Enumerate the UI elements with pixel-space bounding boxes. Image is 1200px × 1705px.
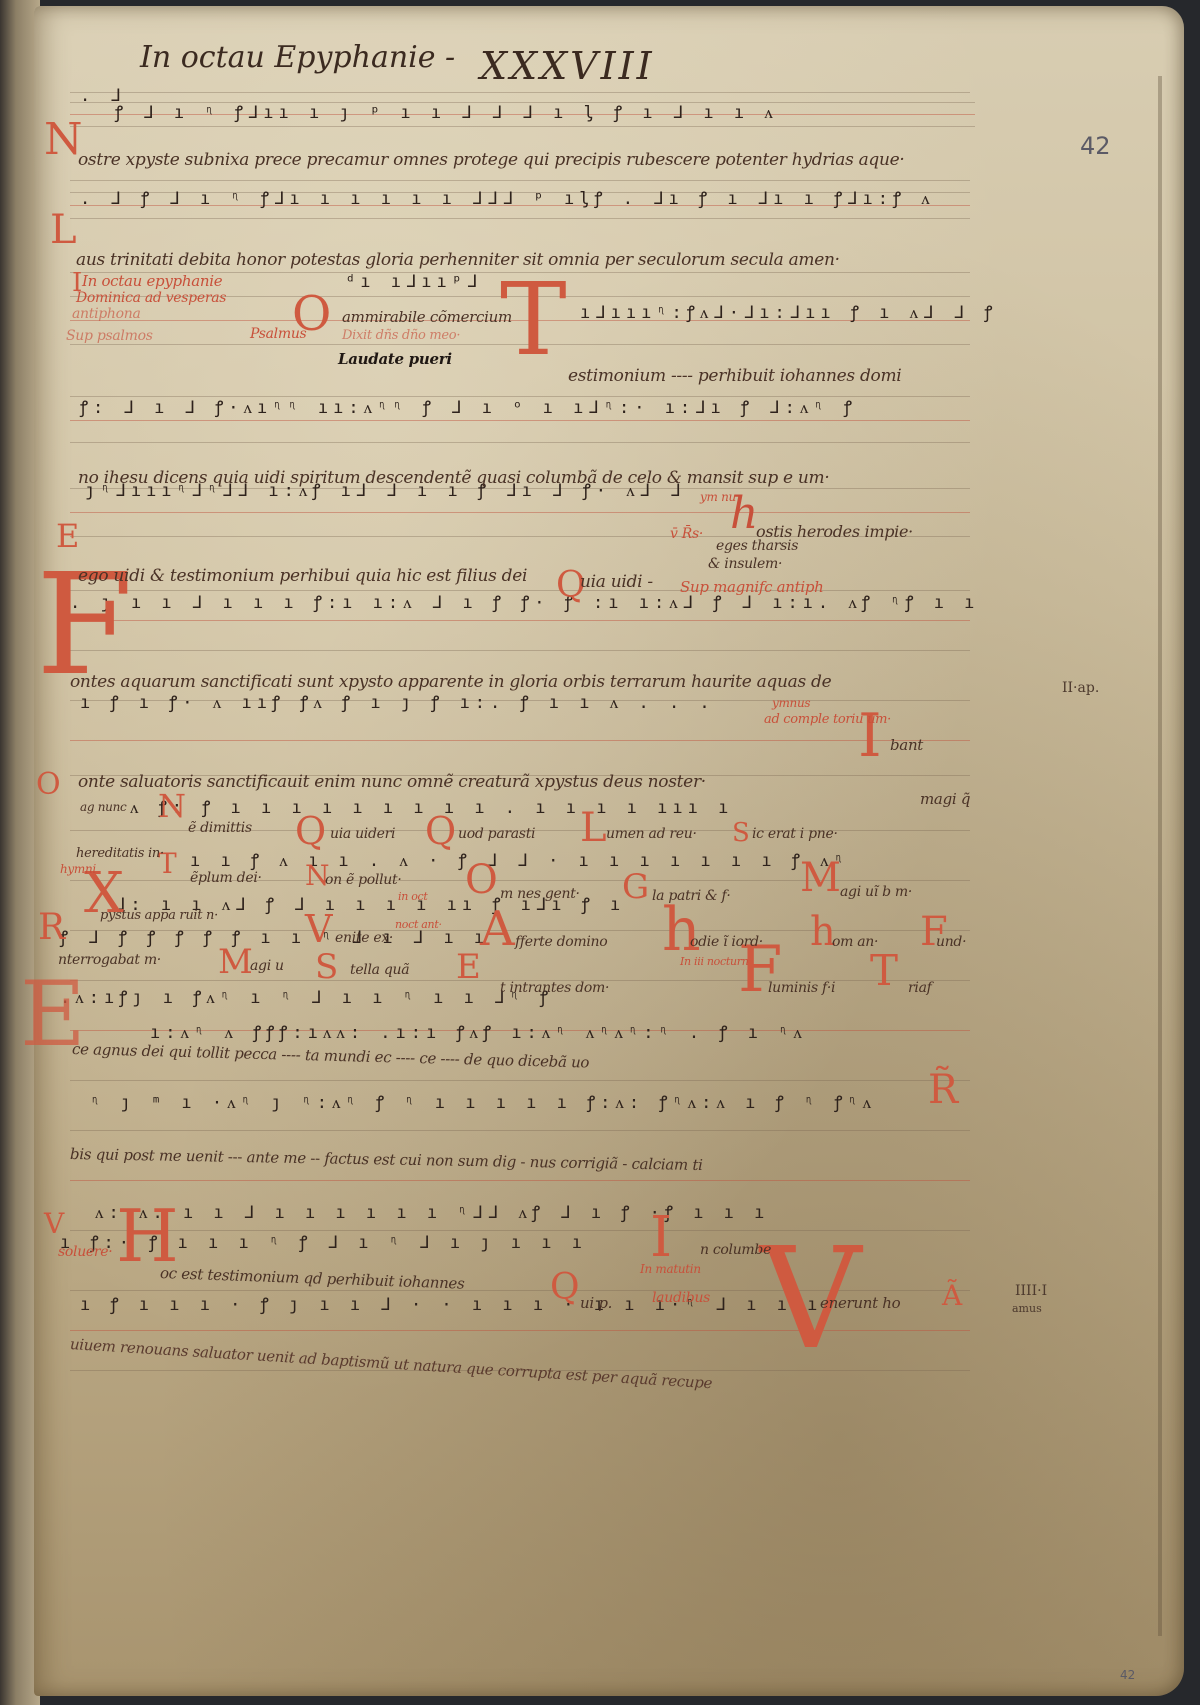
rubric: Psalmus — [250, 326, 306, 342]
chant-text-line: ẽ dimittis — [188, 820, 252, 836]
chant-text-line: & insulem· — [708, 556, 782, 572]
chant-text-line: n columbe — [700, 1242, 771, 1258]
chant-text-line: enite ex· — [335, 930, 393, 946]
neume-row: ꝭ ᒧ ı ᶯ ꝭᒧıı ı ȷ ᵖ ı ı ᒧ ᒧ ᒧ ı ᶅ ꝭ ı ᒧ ı… — [115, 100, 778, 123]
rubric: In octau epyphanie — [82, 272, 222, 290]
chant-text-line: hereditatis in· — [76, 846, 164, 861]
neume-row: ᶯ ȷ ᵐ ı ·ᴧᶯ ȷ ᶯ:ᴧᶯ ꝭ ᶯ ı ı ı ı ı ꝭ:ᴧ: ꝭᶯ… — [90, 1090, 876, 1113]
chant-text-line: on ẽ pollut· — [325, 872, 401, 888]
neume-row: . ȷ ı ı ᒧ ı ı ı ꝭ:ı ı:ᴧ ᒧ ı ꝭ ꝭ· ꝭ :ı ı:… — [70, 590, 979, 613]
rubric: Dominica ad vesperas — [76, 290, 226, 306]
chant-text-line: ammirabile cõmercium — [342, 308, 512, 326]
initial-I-columbe: I — [650, 1210, 672, 1266]
chant-text-line: ic erat i pne· — [752, 826, 838, 842]
rubric: hymni — [60, 862, 96, 876]
chant-text-line: tella quã — [350, 962, 409, 978]
initial-Q3: Q — [425, 812, 456, 850]
rubric: In matutin — [640, 1262, 701, 1276]
neume-row: ꝭ: ᒧ ı ᒧ ꝭ·ᴧıᶯᶯ ıı:ᴧᶯᶯ ꝭ ᒧ ı ᵒ ı ıᒧᶯ:· ı… — [80, 395, 857, 418]
rubric: In iii nocturn — [680, 955, 749, 968]
chant-text-line: umen ad reu· — [606, 826, 697, 842]
chant-text-line: ostre xpyste subnixa prece precamur omne… — [78, 150, 905, 170]
neume-row: ı ı ꝭ ᴧ ı ı . ᴧ · ꝭ ᒧ ᒧ · ı ı ı ı ı ı ı … — [190, 848, 849, 871]
margin-note: amus — [1012, 1302, 1042, 1315]
neume-row: ı:ᴧᶯ ᴧ ꝭꝭꝭ:ıᴧᴧ: .ı:ı ꝭᴧꝭ ı:ᴧᶯ ᴧᶯᴧᶯ:ᶯ . ꝭ… — [150, 1020, 807, 1043]
chant-text-line: aus trinitati debita honor potestas glor… — [76, 250, 840, 270]
neume-row: . ᒧ ꝭ ᒧ ı ᶯ ꝭᒧı ı ı ı ı ı ᒧᒧᒧ ᵖ ıᶅꝭ . ᒧı… — [80, 186, 935, 209]
initial-R-responsory: R̃ — [928, 1070, 958, 1110]
neume-row: ᵈı ıᒧııᵖᒧ — [345, 272, 482, 292]
initial-L2: L — [580, 808, 607, 848]
initial-Q4: Q — [550, 1270, 580, 1306]
rubric: noct ant· — [395, 918, 442, 931]
rubric-added: Laudate pueri — [338, 350, 452, 368]
neume-row: ıᒧıııᶯ:ꝭᴧᒧ·ᒧı:ᒧıı ꝭ ı ᴧᒧ ᒧ ꝭ — [580, 300, 997, 323]
neume-row: .ᴧ:ıꝭȷ ı ꝭᴧᶯ ı ᶯ ᒧ ı ı ᶯ ı ı ᒧᶯ ꝭ — [60, 985, 553, 1008]
chant-text-line: la patri & f· — [652, 888, 730, 904]
chant-text-line: nterrogabat m· — [58, 952, 161, 968]
chant-text-line: m nes gent· — [500, 886, 580, 902]
initial-G: G — [622, 870, 649, 904]
chant-text-line: ẽplum dei· — [190, 870, 262, 886]
folio-number-bottom: 42 — [1120, 1668, 1135, 1682]
chant-text-line: luminis f·i — [768, 980, 835, 996]
initial-V: V — [305, 910, 332, 948]
initial-S2: S — [315, 950, 338, 984]
initial-O-small: O — [36, 770, 61, 800]
chant-text-line: odie ĩ iord· — [690, 934, 763, 950]
rubric: Sup psalmos — [66, 328, 153, 344]
chant-text-line: ui p. — [580, 1294, 612, 1312]
initial-O3: O — [465, 860, 498, 900]
chant-text-line: estimonium ---- perhibuit iohannes domi — [568, 366, 901, 386]
page-fore-edge — [1158, 76, 1162, 1636]
initial-R: R — [38, 910, 65, 946]
chant-text-line: bant — [890, 736, 923, 754]
rubric: Dixit dñs dño meo· — [342, 328, 460, 343]
rubric: v̄ R̄s· — [670, 526, 703, 542]
initial-S: S — [732, 820, 750, 846]
chant-text-line: soluere· — [58, 1244, 112, 1260]
initial-H: H — [116, 1200, 179, 1272]
chant-text-line: agi u — [250, 958, 284, 974]
chant-text-line: onte saluatoris sanctificauit enim nunc … — [78, 772, 706, 792]
initial-A: A — [480, 905, 515, 953]
chant-text-line: und· — [936, 934, 966, 950]
chant-text-line: no ihesu dicens quia uidi spiritum desce… — [78, 468, 829, 488]
margin-note: IIII·I — [1015, 1283, 1047, 1299]
folio-numeral: XXXVIII — [480, 44, 655, 88]
rubric: Sup magnifc antiph — [680, 578, 824, 596]
chant-text-line: ag nunc — [80, 800, 126, 814]
initial-N2: N — [158, 790, 186, 822]
initial-Q2: Q — [295, 812, 326, 850]
neume-row: ı ꝭ ı ı ı · ꝭ ȷ ı ı ᒧ · · ı ı ı · ı ı ı·… — [80, 1292, 822, 1315]
chant-text-line: magi q̃ — [920, 790, 970, 808]
chant-text-line: agi uĩ b m· — [840, 884, 912, 900]
rubric: ymnus — [772, 696, 810, 710]
chant-text-line: ego uidi & testimonium perhibui quia hic… — [78, 566, 527, 586]
initial-h-hostis: h — [730, 488, 758, 539]
chant-text-line: ontes aquarum sanctificati sunt xpysto a… — [70, 672, 831, 692]
office-heading: In octau Epyphanie - — [140, 40, 455, 75]
chant-text-line: riaf — [908, 980, 932, 996]
initial-M: M — [800, 858, 841, 898]
initial-M2: M — [218, 945, 253, 979]
chant-text-line: pystus appa ruit n· — [100, 908, 218, 923]
chant-text-line: uia uideri — [330, 826, 395, 842]
chant-text-line: t intrantes dom· — [500, 980, 609, 996]
rubric: in oct — [398, 890, 428, 903]
chant-text-line: om an· — [832, 934, 878, 950]
rubric: laudibus — [652, 1290, 710, 1306]
initial-V-versicle: V — [44, 1210, 64, 1238]
initial-N: N — [44, 118, 83, 162]
folio-number-top: 42 — [1080, 132, 1111, 160]
initial-L: L — [50, 210, 77, 250]
chant-text-line: eges tharsis — [716, 538, 798, 554]
rubric: antiphona — [72, 306, 141, 322]
chant-text-line: uod parasti — [458, 826, 535, 842]
initial-T3: T — [870, 950, 898, 992]
neume-row: ı ꝭ ı ꝭ· ᴧ ııꝭ ꝭᴧ ꝭ ı ȷ ꝭ ı:. ꝭ ı ı ᴧ . … — [80, 690, 715, 713]
chant-text-line: fferte domino — [515, 934, 607, 950]
chant-text-line: uia uidi - — [580, 572, 653, 592]
chant-text-line: enerunt ho — [820, 1294, 900, 1312]
margin-note: II·ap. — [1062, 680, 1099, 696]
rubric: ad comple toriu um· — [764, 712, 891, 727]
initial-E2: E — [456, 950, 481, 984]
initial-A-tilde: Ã — [942, 1282, 962, 1310]
initial-h: h — [662, 900, 701, 960]
